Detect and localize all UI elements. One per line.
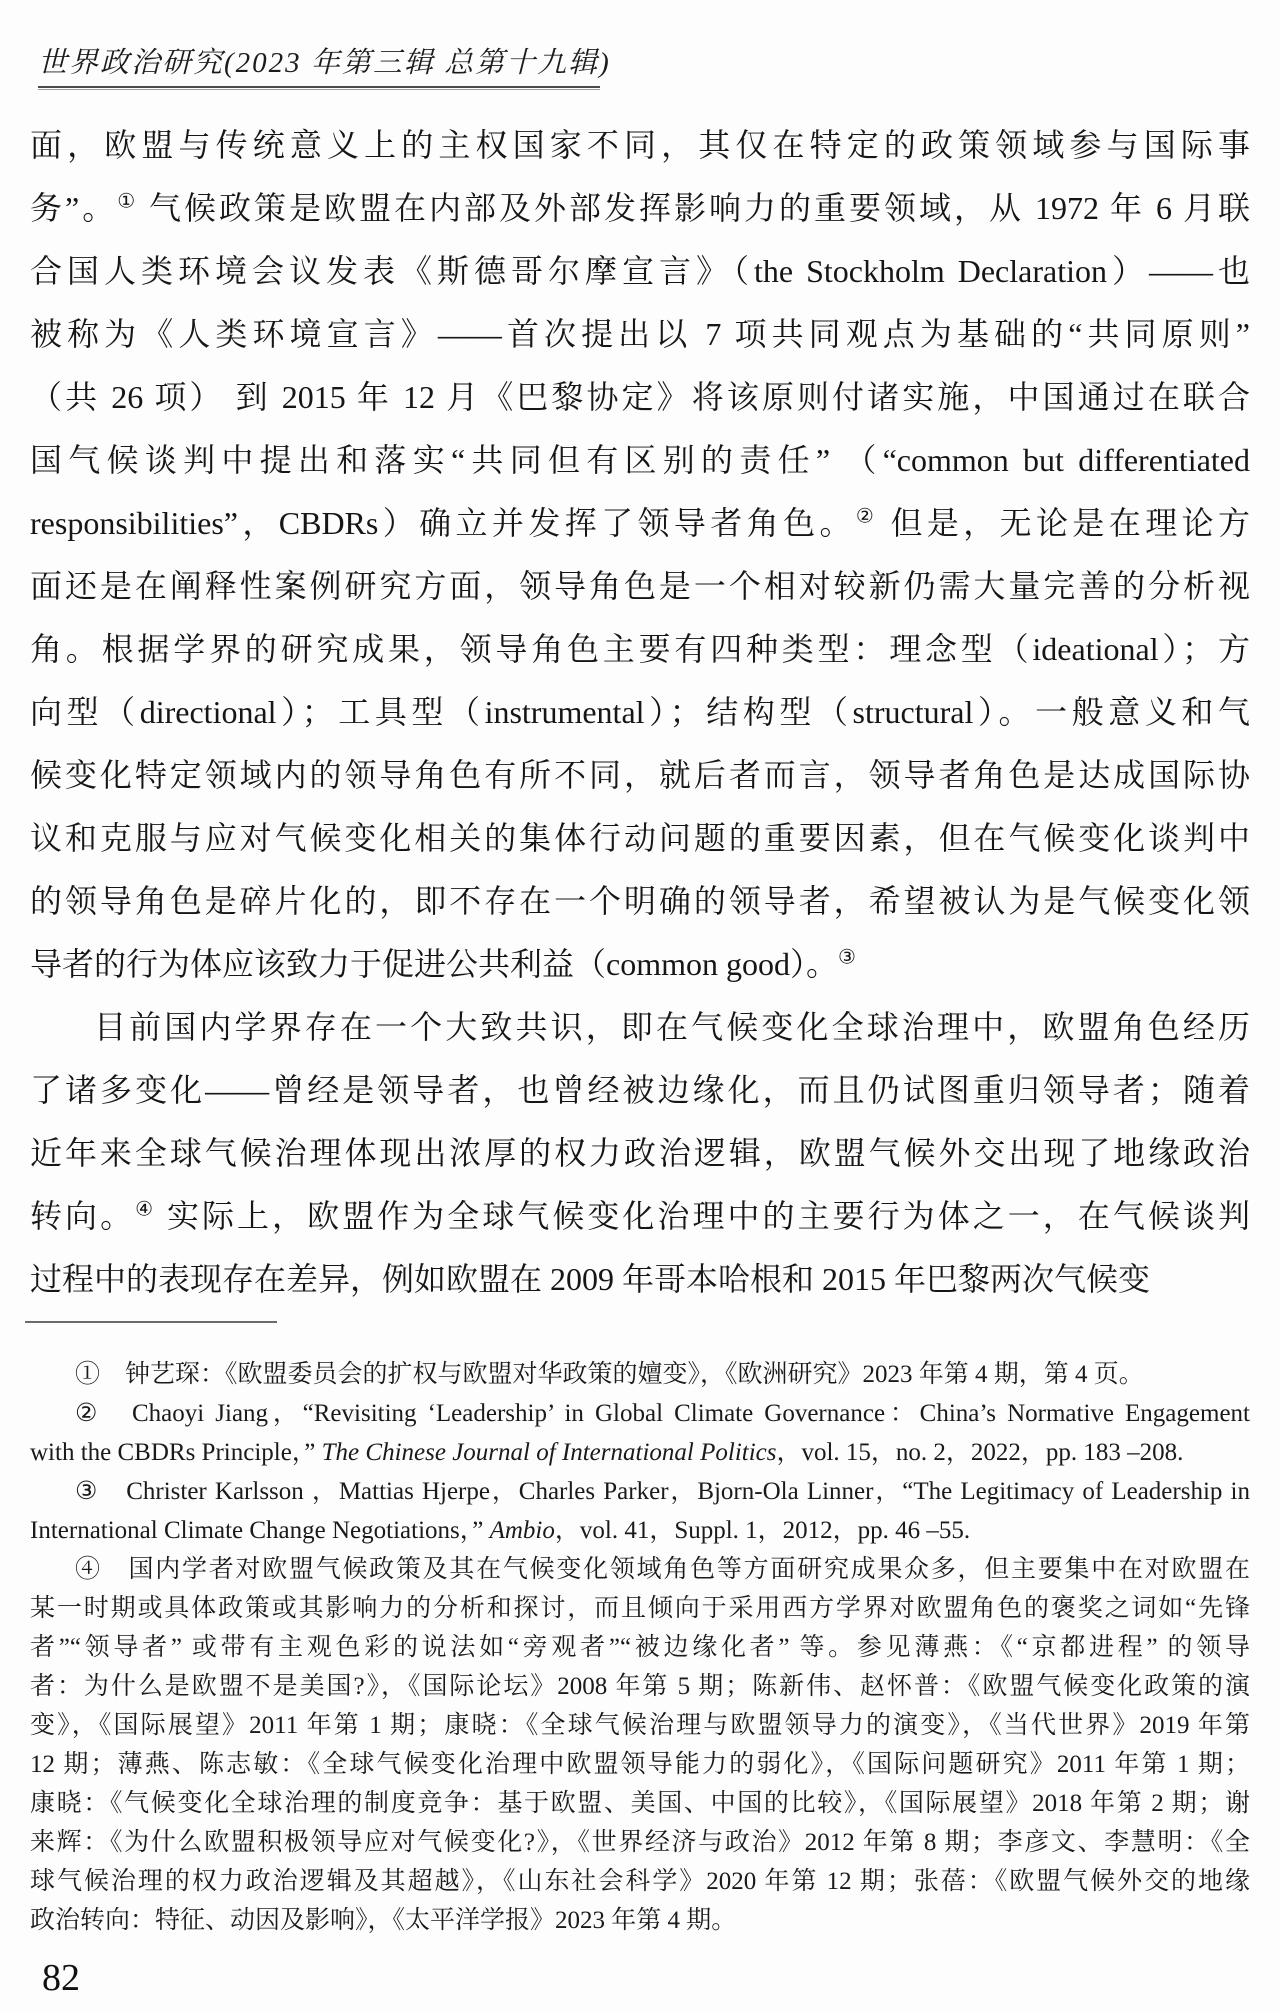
- footnote-line: with the CBDRs Principle，” The Chinese J…: [30, 1433, 1250, 1472]
- body-line: 被称为《人类环境宣言》——首次提出以 7 项共同观点为基础的“共同原则”: [30, 303, 1250, 366]
- footnote-line: 政治转向：特征、动因及影响》，《太平洋学报》2023 年第 4 期。: [30, 1901, 1250, 1940]
- body-line: 面还是在阐释性案例研究方面，领导角色是一个相对较新仍需大量完善的分析视: [30, 555, 1250, 618]
- footnote-line: 康晓：《气候变化全球治理的制度竞争：基于欧盟、美国、中国的比较》，《国际展望》2…: [30, 1784, 1250, 1823]
- body-line: 候变化特定领域内的领导角色有所不同，就后者而言，领导者角色是达成国际协: [30, 744, 1250, 807]
- body-line: 目前国内学界存在一个大致共识，即在气候变化全球治理中，欧盟角色经历: [30, 996, 1250, 1059]
- page-number: 82: [42, 1956, 1250, 2000]
- footnote-line: ① 钟艺琛：《欧盟委员会的扩权与欧盟对华政策的嬗变》，《欧洲研究》2023 年第…: [30, 1355, 1250, 1394]
- body-line: 面，欧盟与传统意义上的主权国家不同，其仅在特定的政策领域参与国际事: [30, 114, 1250, 177]
- footnote-line: 变》，《国际展望》2011 年第 1 期；康晓：《全球气候治理与欧盟领导力的演变…: [30, 1706, 1250, 1745]
- footnote-marker: ③: [838, 946, 856, 968]
- footnote-marker: ①: [117, 190, 138, 212]
- body-line: 近年来全球气候治理体现出浓厚的权力政治逻辑，欧盟气候外交出现了地缘政治: [30, 1122, 1250, 1185]
- body-line: 过程中的表现存在差异，例如欧盟在 2009 年哥本哈根和 2015 年巴黎两次气…: [30, 1248, 1250, 1311]
- body-line: 导者的行为体应该致力于促进公共利益（common good）。③: [30, 933, 1250, 996]
- footnote-line: 球气候治理的权力政治逻辑及其超越》，《山东社会科学》2020 年第 12 期；张…: [30, 1862, 1250, 1901]
- body-line: （共 26 项） 到 2015 年 12 月《巴黎协定》将该原则付诸实施，中国通…: [30, 366, 1250, 429]
- footnote-line: ② Chaoyi Jiang，“Revisiting ‘Leadership’ …: [30, 1394, 1250, 1433]
- footnotes: ① 钟艺琛：《欧盟委员会的扩权与欧盟对华政策的嬗变》，《欧洲研究》2023 年第…: [30, 1355, 1250, 1940]
- body-line: responsibilities”，CBDRs）确立并发挥了领导者角色。② 但是…: [30, 492, 1250, 555]
- body-line: 国气候谈判中提出和落实“共同但有区别的责任” （“common but diff…: [30, 429, 1250, 492]
- footnote-line: 某一时期或具体政策或其影响力的分析和探讨，而且倾向于采用西方学界对欧盟角色的褒奖…: [30, 1589, 1250, 1628]
- journal-page: 世界政治研究(2023 年第三辑 总第十九辑) 面，欧盟与传统意义上的主权国家不…: [0, 0, 1280, 2013]
- footnote-line: 者”“领导者” 或带有主观色彩的说法如“旁观者”“被边缘化者” 等。参见薄燕：《…: [30, 1628, 1250, 1667]
- footnote-line: ③ Christer Karlsson ，Mattias Hjerpe，Char…: [30, 1472, 1250, 1511]
- body-line: 合国人类环境会议发表《斯德哥尔摩宣言》（the Stockholm Declar…: [30, 240, 1250, 303]
- footnote-line: 者：为什么是欧盟不是美国?》，《国际论坛》2008 年第 5 期；陈新伟、赵怀普…: [30, 1667, 1250, 1706]
- body-line: 议和克服与应对气候变化相关的集体行动问题的重要因素，但在气候变化谈判中: [30, 807, 1250, 870]
- body-line: 了诸多变化——曾经是领导者，也曾经被边缘化，而且仍试图重归领导者；随着: [30, 1059, 1250, 1122]
- body-line: 转向。④ 实际上，欧盟作为全球气候变化治理中的主要行为体之一，在气候谈判: [30, 1185, 1250, 1248]
- body-line: 角。根据学界的研究成果，领导角色主要有四种类型：理念型（ideational）；…: [30, 618, 1250, 681]
- body-line: 的领导角色是碎片化的，即不存在一个明确的领导者，希望被认为是气候变化领: [30, 870, 1250, 933]
- footnote-line: International Climate Change Negotiation…: [30, 1511, 1250, 1550]
- footnote-line: 来辉：《为什么欧盟积极领导应对气候变化?》，《世界经济与政治》2012 年第 8…: [30, 1823, 1250, 1862]
- journal-title: 世界政治研究(2023 年第三辑 总第十九辑): [38, 40, 1250, 81]
- footnote-separator: [25, 1321, 277, 1323]
- body-line: 向型（directional）；工具型（instrumental）；结构型（st…: [30, 681, 1250, 744]
- footnote-line: 12 期；薄燕、陈志敏：《全球气候变化治理中欧盟领导能力的弱化》，《国际问题研究…: [30, 1745, 1250, 1784]
- body-text: 面，欧盟与传统意义上的主权国家不同，其仅在特定的政策领域参与国际事务”。① 气候…: [30, 114, 1250, 1311]
- body-line: 务”。① 气候政策是欧盟在内部及外部发挥影响力的重要领域，从 1972 年 6 …: [30, 177, 1250, 240]
- footnote-line: ④ 国内学者对欧盟气候政策及其在气候变化领域角色等方面研究成果众多，但主要集中在…: [30, 1550, 1250, 1589]
- footnote-marker: ②: [856, 505, 878, 527]
- page-header: 世界政治研究(2023 年第三辑 总第十九辑): [30, 40, 1250, 90]
- footnote-marker: ④: [135, 1198, 156, 1220]
- header-rule: [38, 86, 600, 90]
